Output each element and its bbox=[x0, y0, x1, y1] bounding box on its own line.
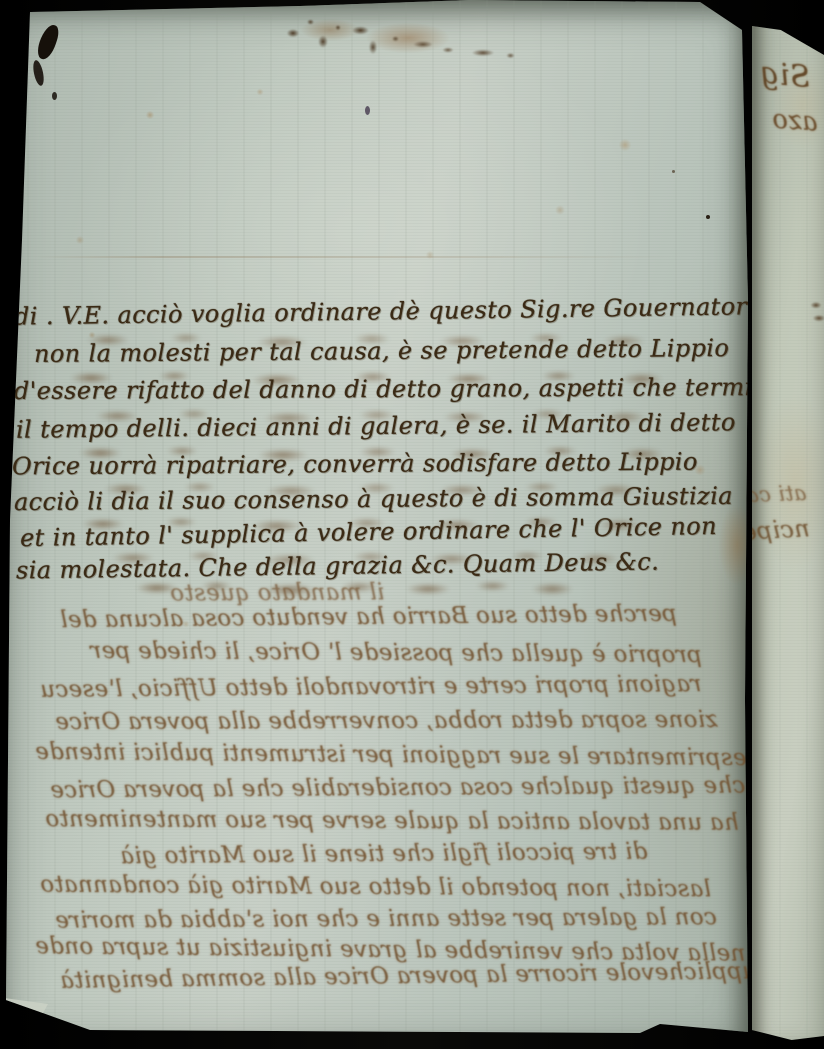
ink-smear bbox=[808, 300, 824, 326]
ink-blot bbox=[31, 59, 45, 86]
manuscript-line: sia molestata. Che della grazia &c. Quam… bbox=[16, 548, 660, 585]
bleedthrough-line: che questi qualche cosa considerabile ch… bbox=[50, 773, 746, 804]
fold-crease bbox=[34, 256, 674, 258]
ink-speck bbox=[672, 170, 675, 173]
bleedthrough-fragment: ncipe bbox=[741, 514, 810, 546]
ink-blot bbox=[35, 22, 61, 61]
bleedthrough-line: lasciati, non potendo il detto suo Marit… bbox=[40, 872, 711, 903]
bleedthrough-line: con la galera per sette anni e che noi s… bbox=[55, 904, 717, 933]
bleedthrough-fragment: ati ca bbox=[746, 481, 807, 507]
bleedthrough-fragment: Sig bbox=[758, 55, 812, 95]
manuscript-line: acciò li dia il suo consenso à questo è … bbox=[14, 482, 733, 516]
bleedthrough-fragment: azo bbox=[771, 104, 819, 137]
manuscript-line: d'essere rifatto del danno di detto gran… bbox=[14, 373, 777, 405]
bleedthrough-line: di tre piccoli figli che tiene il suo Ma… bbox=[120, 839, 648, 870]
manuscript-line: di . V.E. acciò voglia ordinare dè quest… bbox=[14, 291, 815, 330]
manuscript-page: il mandato questo perche detto suo Barri… bbox=[0, 0, 750, 1049]
bleedthrough-line: ha una tavola antica la quale serve per … bbox=[45, 806, 739, 836]
torn-corner bbox=[4, 998, 48, 1028]
manuscript-line: et in tanto l' supplica à volere ordinar… bbox=[20, 512, 717, 552]
ink-speck bbox=[706, 215, 710, 219]
manuscript-line: Orice uorrà ripatriare, converrà sodisfa… bbox=[12, 448, 698, 481]
ink-speck bbox=[52, 92, 57, 100]
bleedthrough-line: ragioni propri certe e ritrovandoli dett… bbox=[40, 671, 702, 703]
manuscript-line: non la molesti per tal causa, è se prete… bbox=[34, 334, 730, 368]
bleedthrough-line: perche detto suo Barrio ha venduto cosa … bbox=[60, 601, 677, 633]
ink-speck bbox=[365, 106, 370, 115]
bleedthrough-line: esprimentare le sue raggioni per istrume… bbox=[35, 739, 747, 771]
bleedthrough-line: proprio è quella che possiede l' Orice, … bbox=[90, 638, 702, 668]
manuscript-line: il tempo delli. dieci anni di galera, è … bbox=[16, 408, 736, 444]
photo-background: il mandato questo perche detto suo Barri… bbox=[0, 0, 824, 1049]
bleedthrough-line: zione sopra detta robba, converrebbe all… bbox=[55, 707, 718, 735]
adjacent-page-edge: Sig azo ati ca ncipe bbox=[752, 0, 824, 1049]
ink-smear bbox=[278, 8, 528, 64]
bleedthrough-line: supplichevole ricorre la povera Orice al… bbox=[60, 958, 770, 994]
bleedthrough-line: il mandato questo bbox=[170, 579, 384, 606]
